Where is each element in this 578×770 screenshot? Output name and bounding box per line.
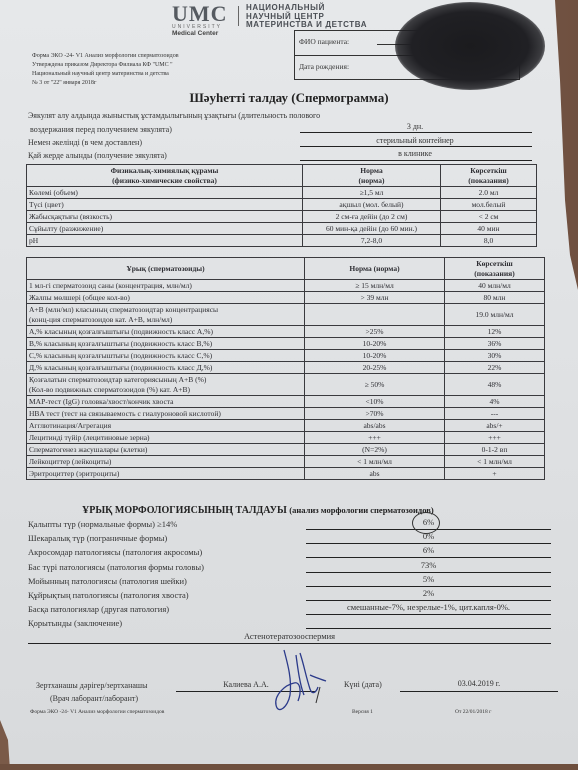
morphology-label: Бас түрі патологиясы (патология формы го… [28, 562, 204, 572]
table-row: Сперматогенез жасушалары (клетки)(N=2%)0… [27, 444, 545, 456]
value-cell: + [445, 468, 545, 480]
parameter-cell: Түсі (цвет) [27, 199, 303, 211]
norm-cell [305, 304, 445, 326]
morphology-fill-line [306, 586, 551, 587]
morphology-value: 2% [306, 588, 551, 598]
norm-cell: ≥ 15 млн/мл [305, 280, 445, 292]
value-cell: < 2 см [441, 211, 537, 223]
parameter-cell: C,% класының қозғалғыштығы (подвижность … [27, 350, 305, 362]
form-meta: Форма ЭКО -24- V1 Анализ морфологии спер… [32, 52, 179, 88]
patient-name-label: ФИО пациента: [299, 37, 349, 46]
parameter-cell: A+B (млн/мл) класының сперматозоидтар ко… [27, 304, 305, 326]
table-header-row: Физикалық-химиялық құрамы(физико-химичес… [27, 165, 537, 187]
norm-cell: >70% [305, 408, 445, 420]
morphology-label: Акросомдар патологиясы (патология акросо… [28, 547, 202, 557]
parameter-cell: Сперматогенез жасушалары (клетки) [27, 444, 305, 456]
value-cell: 40 мин [441, 223, 537, 235]
logo-brand: UMC [172, 4, 234, 24]
value-cell: --- [445, 408, 545, 420]
value-cell: 48% [445, 374, 545, 396]
value-cell: мол.белый [441, 199, 537, 211]
table-row: Жабысқақтығы (вязкость)2 см-ға дейін (до… [27, 211, 537, 223]
parameter-cell: A,% класының қозғалғыштығы (подвижность … [27, 326, 305, 338]
norm-cell: <10% [305, 396, 445, 408]
sperm-table: Ұрық (сперматозоиды)Норма (норма)Көрсетк… [26, 257, 545, 480]
signer-role-ru: (Врач лаборант/лаборант) [50, 694, 138, 703]
table-row: Агглютинация/Агрегацияabs/absabs/+ [27, 420, 545, 432]
birth-date-label: Дата рождения: [299, 62, 349, 71]
parameter-cell-text: Қозғалатын сперматозоидтар категориясыны… [29, 375, 302, 385]
value-cell: 30% [445, 350, 545, 362]
column-header: Норма (норма) [305, 258, 445, 280]
location-line [300, 160, 532, 161]
morphology-fill-line [306, 572, 551, 573]
abstinence-value: 3 дн. [300, 122, 530, 131]
date-label: Күні (дата) [344, 680, 382, 689]
value-cell: 19.0 млн/мл [445, 304, 545, 326]
value-cell: abs/+ [445, 420, 545, 432]
parameter-cell: Жалпы мөлшері (общее кол-во) [27, 292, 305, 304]
column-header-text: (показания) [447, 269, 542, 279]
column-header-text: Ұрық (сперматозоиды) [29, 264, 302, 274]
abstinence-label-2: воздержания перед получением эякулята) [30, 125, 172, 134]
parameter-cell-text: MAP-тест (IgG) головка/хвост/кончик хвос… [29, 396, 302, 407]
footer-version: Версия 1 [352, 709, 373, 715]
parameter-cell: Лейкоциттер (лейкоциты) [27, 456, 305, 468]
parameter-cell-text: 1 мл-гі сперматозоид саны (концентрация,… [29, 280, 302, 291]
table-row: Лейкоциттер (лейкоциты)< 1 млн/мл< 1 млн… [27, 456, 545, 468]
value-cell: +++ [445, 432, 545, 444]
norm-cell: 60 мин-қа дейін (до 60 мин.) [303, 223, 441, 235]
conclusion-line [28, 643, 551, 644]
parameter-cell: Қозғалатын сперматозоидтар категориясыны… [27, 374, 305, 396]
morphology-value: 5% [306, 574, 551, 584]
table-surface [0, 764, 578, 770]
morphology-fill-line [306, 557, 551, 558]
norm-cell: 2 см-ға дейін (до 2 см) [303, 211, 441, 223]
location-label: Қай жерде алынды (получение эякулята) [28, 151, 167, 160]
center-name: НАЦИОНАЛЬНЫЙ НАУЧНЫЙ ЦЕНТР МАТЕРИНСТВА И… [246, 4, 367, 30]
parameter-cell: Агглютинация/Агрегация [27, 420, 305, 432]
parameter-cell-text: A,% класының қозғалғыштығы (подвижность … [29, 326, 302, 337]
column-header: Ұрық (сперматозоиды) [27, 258, 305, 280]
value-cell: < 1 млн/мл [445, 456, 545, 468]
delivered-line [300, 146, 532, 147]
form-meta-line: № 3 от "22" января 2018г [32, 79, 179, 88]
conclusion-value: Астенотератозооспермия [28, 631, 551, 641]
morphology-label: Басқа патологиялар (другая патология) [28, 604, 169, 614]
norm-cell: 10-20% [305, 338, 445, 350]
parameter-cell: Көлемі (объем) [27, 187, 303, 199]
value-cell: 80 млн [445, 292, 545, 304]
norm-cell: 20-25% [305, 362, 445, 374]
column-header-text: Көрсеткіш [443, 166, 534, 176]
table-row: Түсі (цвет)ақшыл (мол. белый)мол.белый [27, 199, 537, 211]
redaction-scribble [395, 2, 545, 90]
table-row: B,% класының қозғалғыштығы (подвижность … [27, 338, 545, 350]
table-row: Жалпы мөлшері (общее кол-во)> 39 млн80 м… [27, 292, 545, 304]
norm-cell: abs [305, 468, 445, 480]
value-cell: 8,0 [441, 235, 537, 247]
signature-icon [270, 645, 330, 720]
parameter-cell-text: Эритроциттер (эритроциты) [29, 468, 302, 479]
parameter-cell-text: Агглютинация/Агрегация [29, 420, 302, 431]
location-value: в клинике [300, 149, 530, 158]
morphology-title: ҰРЫҚ МОРФОЛОГИЯСЫНЫҢ ТАЛДАУЫ (анализ мор… [82, 505, 434, 516]
morphology-label: Құйрықтың патологиясы (патология хвоста) [28, 590, 189, 600]
column-header-text: (физико-химические свойства) [29, 176, 300, 186]
table-header-row: Ұрық (сперматозоиды)Норма (норма)Көрсетк… [27, 258, 545, 280]
table-row: Сұйылту (разжижение)60 мин-қа дейін (до … [27, 223, 537, 235]
table-row: HBA тест (тест на связываемость с гиалур… [27, 408, 545, 420]
norm-cell: abs/abs [305, 420, 445, 432]
parameter-cell-text: A+B (млн/мл) класының сперматозоидтар ко… [29, 305, 302, 315]
morphology-label: Мойынның патологиясы (патология шейки) [28, 576, 187, 586]
logo-name: Medical Center [172, 30, 234, 37]
value-cell: 12% [445, 326, 545, 338]
table-row: Эритроциттер (эритроциты)abs+ [27, 468, 545, 480]
table-row: C,% класының қозғалғыштығы (подвижность … [27, 350, 545, 362]
morphology-title-sub: (анализ морфологии сперматозоидов) [289, 505, 433, 515]
abstinence-line [300, 132, 532, 133]
table-row: Лецитинді түйір (лецитиновые зерна)+++++… [27, 432, 545, 444]
norm-cell: < 1 млн/мл [305, 456, 445, 468]
page-title: Шәуһетті талдау (Спермограмма) [0, 90, 578, 106]
norm-cell: >25% [305, 326, 445, 338]
date-line [400, 691, 558, 692]
column-header-text: (норма) [305, 176, 438, 186]
morphology-value: 6% [306, 545, 551, 555]
column-header-text: Физикалық-химиялық құрамы [29, 166, 300, 176]
morphology-value: 0% [306, 531, 551, 541]
delivered-value: стерильный контейнер [300, 136, 530, 145]
parameter-cell: Жабысқақтығы (вязкость) [27, 211, 303, 223]
column-header-text: Норма (норма) [307, 264, 442, 274]
parameter-cell-text: (конц-ция сперматозоидов кат. A+B, млн/м… [29, 315, 302, 325]
morphology-fill-line [306, 614, 551, 615]
parameter-cell-text: B,% класының қозғалғыштығы (подвижность … [29, 338, 302, 349]
value-cell: 40 млн/мл [445, 280, 545, 292]
parameter-cell: B,% класының қозғалғыштығы (подвижность … [27, 338, 305, 350]
footer-date: От 22/01/2018 г [455, 709, 491, 715]
norm-cell: ақшыл (мол. белый) [303, 199, 441, 211]
signer-role-kz: Зертханашы дәрігер/зертханашы [36, 681, 147, 690]
table-row: A,% класының қозғалғыштығы (подвижность … [27, 326, 545, 338]
table-row: Д,% класының қозғалғыштығы (подвижность … [27, 362, 545, 374]
column-header: Көрсеткіш(показания) [445, 258, 545, 280]
parameter-cell-text: HBA тест (тест на связываемость с гиалур… [29, 408, 302, 419]
morphology-fill-line [306, 600, 551, 601]
table-row: pH7,2-8,08,0 [27, 235, 537, 247]
table-row: 1 мл-гі сперматозоид саны (концентрация,… [27, 280, 545, 292]
parameter-cell-text: Жалпы мөлшері (общее кол-во) [29, 292, 302, 303]
morphology-label: Қорытынды (заключение) [28, 618, 122, 628]
logo-divider [238, 6, 239, 26]
value-cell: 2.0 мл [441, 187, 537, 199]
abstinence-label: Эякулят алу алдында жыныстық ұстамдылығы… [28, 111, 320, 120]
table-row: A+B (млн/мл) класының сперматозоидтар ко… [27, 304, 545, 326]
norm-cell: ≥1,5 мл [303, 187, 441, 199]
parameter-cell: HBA тест (тест на связываемость с гиалур… [27, 408, 305, 420]
value-cell: 4% [445, 396, 545, 408]
parameter-cell-text: Лейкоциттер (лейкоциты) [29, 456, 302, 467]
parameter-cell-text: C,% класының қозғалғыштығы (подвижность … [29, 350, 302, 361]
norm-cell: 10-20% [305, 350, 445, 362]
date-value: 03.04.2019 г. [400, 679, 558, 688]
delivered-label: Немен әкелінді (в чем доставлен) [28, 138, 142, 147]
parameter-cell-text: (Кол-во подвижных сперматозоидов (%) кат… [29, 385, 302, 395]
table-row: Көлемі (объем)≥1,5 мл2.0 мл [27, 187, 537, 199]
column-header-text: Көрсеткіш [447, 259, 542, 269]
column-header: Физикалық-химиялық құрамы(физико-химичес… [27, 165, 303, 187]
morphology-fill-line [306, 543, 551, 544]
form-meta-line: Национальный научный центр материнства и… [32, 70, 179, 79]
center-name-line: МАТЕРИНСТВА И ДЕТСТВА [246, 21, 367, 30]
morphology-label: Қалыпты түр (нормальные формы) ≥14% [28, 519, 177, 529]
parameter-cell: Д,% класының қозғалғыштығы (подвижность … [27, 362, 305, 374]
norm-cell: +++ [305, 432, 445, 444]
value-cell: 36% [445, 338, 545, 350]
column-header: Норма(норма) [303, 165, 441, 187]
parameter-cell-text: Сперматогенез жасушалары (клетки) [29, 444, 302, 455]
value-cell: 0-1-2 вп [445, 444, 545, 456]
column-header-text: (показания) [443, 176, 534, 186]
morphology-label: Шекаралық түр (пограничные формы) [28, 533, 167, 543]
form-meta-line: Форма ЭКО -24- V1 Анализ морфологии спер… [32, 52, 179, 61]
umc-logo: UMC UNIVERSITY Medical Center [172, 4, 234, 37]
parameter-cell-text: Лецитинді түйір (лецитиновые зерна) [29, 432, 302, 443]
form-meta-line: Утверждена приказом Директора Филиала КФ… [32, 61, 179, 70]
parameter-cell-text: Д,% класының қозғалғыштығы (подвижность … [29, 362, 302, 373]
parameter-cell: Эритроциттер (эритроциты) [27, 468, 305, 480]
column-header: Көрсеткіш(показания) [441, 165, 537, 187]
column-header-text: Норма [305, 166, 438, 176]
physchem-table: Физикалық-химиялық құрамы(физико-химичес… [26, 164, 537, 247]
parameter-cell: pH [27, 235, 303, 247]
parameter-cell: 1 мл-гі сперматозоид саны (концентрация,… [27, 280, 305, 292]
morphology-value: смешанные-7%, незрелые-1%, цит.капля-0%. [306, 602, 551, 612]
parameter-cell: Лецитинді түйір (лецитиновые зерна) [27, 432, 305, 444]
norm-cell: ≥ 50% [305, 374, 445, 396]
parameter-cell: MAP-тест (IgG) головка/хвост/кончик хвос… [27, 396, 305, 408]
morphology-title-bold: ҰРЫҚ МОРФОЛОГИЯСЫНЫҢ ТАЛДАУЫ [82, 505, 287, 516]
value-cell: 22% [445, 362, 545, 374]
footer-form: Форма ЭКО -24- V1 Анализ морфологии спер… [30, 709, 164, 715]
morphology-fill-line [306, 628, 551, 629]
table-row: MAP-тест (IgG) головка/хвост/кончик хвос… [27, 396, 545, 408]
norm-cell: (N=2%) [305, 444, 445, 456]
parameter-cell: Сұйылту (разжижение) [27, 223, 303, 235]
document-page: UMC UNIVERSITY Medical Center НАЦИОНАЛЬН… [0, 0, 578, 770]
morphology-value: 73% [306, 560, 551, 570]
norm-cell: 7,2-8,0 [303, 235, 441, 247]
norm-cell: > 39 млн [305, 292, 445, 304]
table-row: Қозғалатын сперматозоидтар категориясыны… [27, 374, 545, 396]
